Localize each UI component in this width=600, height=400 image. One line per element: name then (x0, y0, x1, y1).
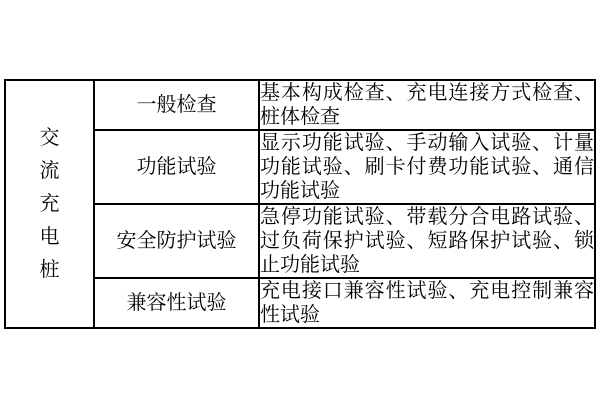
main-category-label: 交流充电桩 (39, 122, 61, 287)
ac-charging-pile-test-table: 交流充电桩 一般检查 基本构成检查、充电连接方式检查、桩体检查 功能试验 显示功… (4, 79, 596, 329)
page: 交流充电桩 一般检查 基本构成检查、充电连接方式检查、桩体检查 功能试验 显示功… (0, 0, 600, 400)
category-cell: 功能试验 (94, 130, 259, 204)
category-cell: 安全防护试验 (94, 204, 259, 278)
items-cell: 基本构成检查、充电连接方式检查、桩体检查 (259, 80, 595, 130)
table-row: 交流充电桩 一般检查 基本构成检查、充电连接方式检查、桩体检查 (5, 80, 595, 130)
table-row: 兼容性试验 充电接口兼容性试验、充电控制兼容性试验 (5, 278, 595, 328)
items-cell: 急停功能试验、带载分合电路试验、过负荷保护试验、短路保护试验、锁止功能试验 (259, 204, 595, 278)
items-cell: 充电接口兼容性试验、充电控制兼容性试验 (259, 278, 595, 328)
category-cell: 一般检查 (94, 80, 259, 130)
main-category-cell: 交流充电桩 (5, 80, 94, 328)
table-row: 功能试验 显示功能试验、手动输入试验、计量功能试验、刷卡付费功能试验、通信功能试… (5, 130, 595, 204)
category-cell: 兼容性试验 (94, 278, 259, 328)
items-cell: 显示功能试验、手动输入试验、计量功能试验、刷卡付费功能试验、通信功能试验 (259, 130, 595, 204)
table-row: 安全防护试验 急停功能试验、带载分合电路试验、过负荷保护试验、短路保护试验、锁止… (5, 204, 595, 278)
